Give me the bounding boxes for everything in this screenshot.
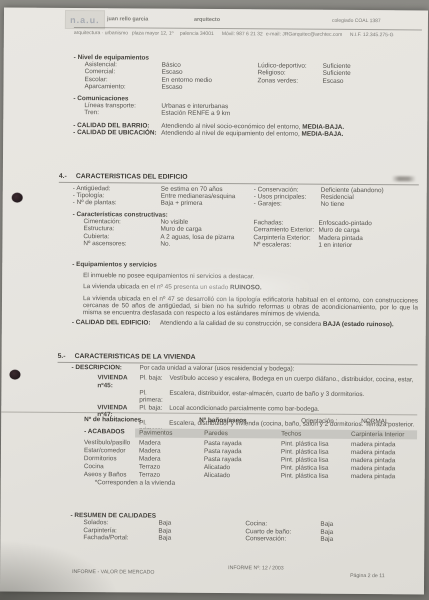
field-value	[322, 85, 419, 93]
section-comunicaciones: - Comunicaciones Líneas transporte: Urba…	[3, 95, 419, 120]
field-label	[257, 84, 322, 92]
data-row: Fachada/Portal: Baja Conservación: Baja	[0, 534, 416, 544]
nif-number: N.I.F. 12.345.275-G	[350, 32, 394, 38]
field-label: Nº escaleras:	[253, 241, 318, 249]
floor-description: Vestíbulo acceso y escalera, Bodega en u…	[169, 375, 417, 392]
descripcion-row: - DESCRIPCION: Por cada unidad a valorar…	[2, 364, 418, 374]
equipamientos-rows: Asistencial: Básico Lúdico-deportivo: Su…	[3, 61, 419, 93]
section-resumen-calidades: - RESUMEN DE CALIDADES Solados: Baja Coc…	[0, 512, 416, 545]
footer-report-number: INFORME Nº: 12 / 2003	[228, 565, 284, 571]
room-name: Aseos y Baños	[84, 471, 139, 479]
field-value: Por cada unidad a valorar (usos residenc…	[140, 364, 418, 373]
binder-hole-mark	[9, 370, 20, 380]
logo-text: n.a.u.	[70, 14, 100, 24]
value-text: Atendiendo a la calidad de su construcci…	[160, 320, 323, 328]
address-line-2: plaza mayor 12, 1º	[132, 30, 174, 36]
orientacion-label: Orientación :	[301, 418, 361, 426]
column-habitaciones: Nº de habitaciones	[84, 416, 199, 424]
section4-heading: 4.- CARACTERISTICAS DEL EDIFICIO	[59, 173, 419, 186]
acabados-header: - ACABADOS Pavimentos Paredes Techos Car…	[1, 428, 417, 440]
field-label: - DESCRIPCION:	[72, 364, 140, 372]
acabados-column-band: Pavimentos Paredes Techos Carpintería In…	[135, 428, 417, 439]
footer-page-number: Página 2 de 11	[350, 573, 385, 579]
field-value: Atendiendo al nivel de equipamiento del …	[161, 130, 419, 139]
value-highlight: MEDIA-BAJA.	[302, 124, 344, 131]
field-value: Estación RENFE a 9 km	[161, 110, 257, 118]
floor-description: Escalera, distribuidor, estar-almacén, c…	[169, 390, 417, 407]
data-row: - Nº de plantas: Baja + primera - Garaje…	[3, 199, 419, 209]
acabados-rows: Vestíbulo/pasillo Madera Pasta rayada Pi…	[1, 439, 417, 482]
data-row: Nº ascensores: No. Nº escaleras: 1 en in…	[2, 239, 418, 249]
section-calidades-entorno: - CALIDAD DEL BARRIO: Atendiendo al nive…	[3, 122, 419, 139]
floor-label: Pl. primera:	[139, 389, 169, 404]
scanned-document: n.a.u. juan rello garcia arquitecto cole…	[0, 0, 429, 600]
field-value: Baja	[320, 536, 416, 544]
field-label: Fachada/Portal:	[83, 534, 158, 542]
dwelling-name	[97, 389, 139, 404]
unidades-rows: VIVIENDA nº45: Pl. baja: Vestíbulo acces…	[1, 374, 417, 436]
section-constructivas: - Características constructivas: Cimenta…	[2, 211, 418, 250]
column-pavimentos: Pavimentos	[139, 429, 204, 437]
field-value: 1 en interior	[318, 242, 418, 250]
section-number: 4.-	[59, 173, 76, 180]
value-highlight: BAJA (estado ruinoso).	[323, 321, 394, 328]
column-techos: Techos	[281, 430, 351, 438]
field-label: - CALIDAD DE UBICACIÓN:	[73, 129, 161, 137]
section-title: CARACTERISTICAS DEL EDIFICIO	[76, 173, 188, 181]
dwelling-name: VIVIENDA nº45:	[97, 374, 139, 389]
data-row: - CALIDAD DE UBICACIÓN: Atendiendo al ni…	[3, 129, 419, 139]
field-label	[257, 111, 322, 119]
field-value	[322, 111, 419, 119]
letterhead: n.a.u. juan rello garcia arquitecto cole…	[4, 8, 428, 11]
field-value: Atendiendo a la calidad de su construcci…	[160, 320, 418, 329]
field-label: Nº ascensores:	[83, 240, 160, 248]
architect-name: juan rello garcia	[107, 16, 148, 22]
footer-report-title: INFORME - VALOR DE MERCADO	[72, 569, 154, 576]
calidad-edificio-row: - CALIDAD DEL EDIFICIO: Atendiendo a la …	[2, 319, 418, 329]
field-label: - Garajes:	[254, 201, 321, 209]
section-number: 5.-	[58, 353, 75, 360]
email-address: e-mail: JRGarquitec@archtec.com	[266, 31, 343, 38]
field-label: Tren:	[84, 109, 161, 117]
field-value: Escaso	[161, 83, 257, 91]
floor-label: Pl. baja:	[139, 375, 169, 390]
paredes-value: Alicatado	[204, 472, 281, 481]
comunicaciones-rows: Líneas transporte: Urbanas e interurbana…	[3, 102, 419, 119]
column-carpinteria: Carpintería Interior	[351, 431, 417, 439]
field-value: No tiene	[321, 201, 419, 209]
field-label: Aparcamiento:	[84, 83, 161, 91]
group-title-servicios: - Equipamientos y servicios	[2, 261, 418, 271]
section-equipamientos: - Nivel de equipamientos Asistencial: Bá…	[3, 54, 419, 93]
edificio-rows: - Antigüedad: Se estima en 70 años - Con…	[3, 185, 419, 210]
resumen-rows: Solados: Baja Cocina: Baja Carpintería: …	[0, 519, 416, 544]
scan-smudge	[392, 176, 416, 181]
constructivas-rows: Cimentación: No visible Fachadas: Enfosc…	[2, 218, 418, 250]
acabados-label: - ACABADOS	[84, 428, 135, 438]
section-acabados: - ACABADOS Pavimentos Paredes Techos Car…	[1, 428, 417, 489]
column-banos: Nº baños/aseos	[199, 417, 301, 425]
address-line-1: arquitectura · urbanismo	[74, 30, 128, 36]
field-value: Baja + primera	[161, 200, 254, 208]
field-label: - Nº de plantas:	[73, 199, 161, 207]
data-row: Tren: Estación RENFE a 9 km	[84, 109, 419, 119]
value-text: Atendiendo al nivel de equipamiento del …	[161, 130, 301, 138]
profession-label: arquitecto	[194, 17, 220, 23]
data-row: Aparcamiento: Escaso	[84, 83, 419, 93]
field-label: Conservación:	[245, 535, 320, 543]
column-paredes: Paredes	[204, 430, 281, 438]
field-label: - CALIDAD DEL EDIFICIO:	[72, 319, 160, 327]
field-value: No.	[160, 240, 253, 248]
scan-glare	[117, 270, 317, 305]
report-page: n.a.u. juan rello garcia arquitecto cole…	[0, 8, 428, 595]
orientacion-value: NORMAL	[361, 418, 417, 426]
mobile-number: Móvil: 987 6 21 32	[222, 31, 263, 37]
techos-value: Pint. plástica lisa	[281, 473, 351, 481]
field-value: Baja	[158, 535, 245, 543]
value-highlight: MEDIA-BAJA.	[301, 131, 343, 138]
section-title: CARACTERISTICAS DE LA VIVIENDA	[75, 353, 196, 361]
address-line-3: palencia 34001	[180, 31, 214, 37]
carpinteria-value: madera pintada	[351, 473, 417, 481]
collegiate-number: colegiado COAL 1387	[332, 18, 381, 24]
binder-hole-mark	[12, 193, 23, 203]
